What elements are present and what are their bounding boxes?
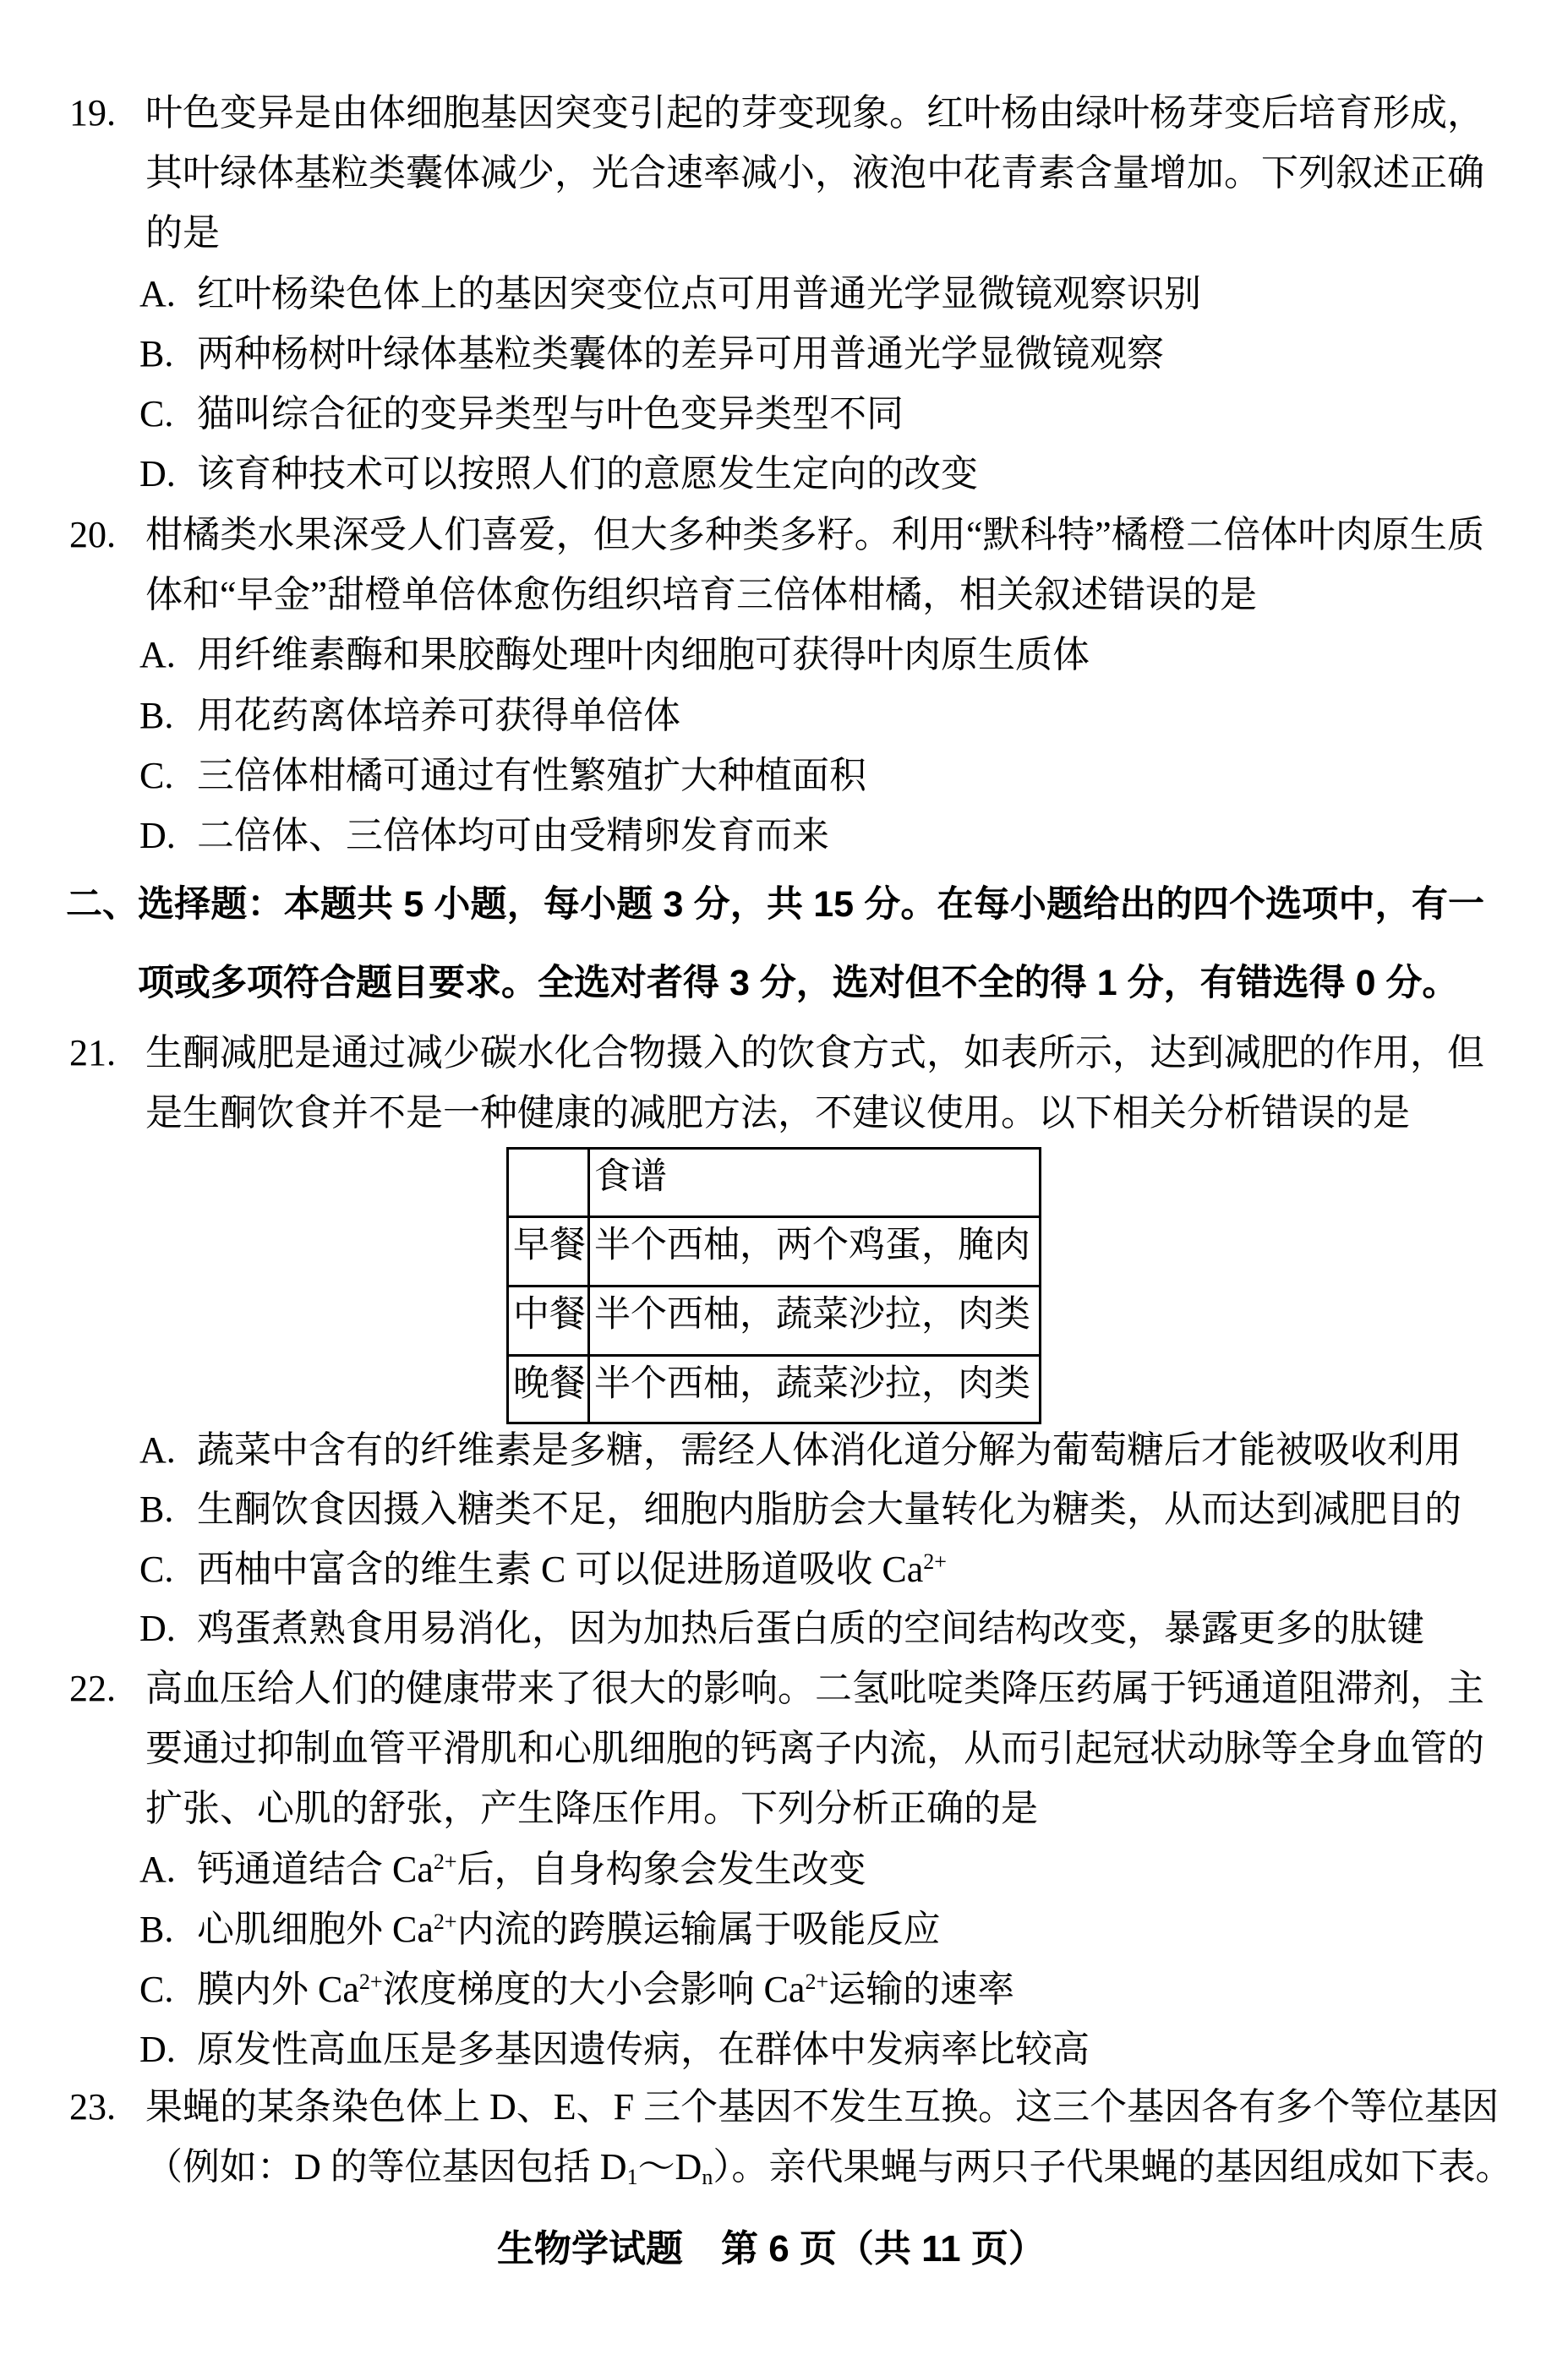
option-text: 二倍体、三倍体均可由受精卵发育而来 — [197, 806, 829, 866]
page-footer: 生物学试题 第 6 页（共 11 页） — [0, 2219, 1568, 2280]
question-text-part: （例如：D 的等位基因包括 D — [145, 2146, 627, 2188]
diet-table: 食谱 早餐 半个西柚，两个鸡蛋，腌肉 中餐 半个西柚，蔬菜沙拉，肉类 晚餐 半个… — [506, 1147, 1041, 1424]
option-text: 该育种技术可以按照人们的意愿发生定向的改变 — [197, 444, 978, 504]
option-c: C. 三倍体柑橘可通过有性繁殖扩大种植面积 — [0, 746, 1568, 806]
option-text: 心肌细胞外 Ca2+内流的跨膜运输属于吸能反应 — [197, 1899, 941, 1959]
option-text-part: 心肌细胞外 Ca — [197, 1909, 434, 1950]
section-heading: 二、 选择题：本题共 5 小题，每小题 3 分，共 15 分。在每小题给出的四个… — [0, 866, 1568, 1023]
option-label: B. — [139, 1899, 173, 1959]
option-b: B. 两种杨树叶绿体基粒类囊体的差异可用普通光学显微镜观察 — [0, 324, 1568, 384]
ion-charge: 2+ — [805, 1969, 828, 1994]
option-text: 两种杨树叶绿体基粒类囊体的差异可用普通光学显微镜观察 — [197, 324, 1164, 384]
option-a: A. 红叶杨染色体上的基因突变位点可用普通光学显微镜观察识别 — [0, 264, 1568, 324]
option-text-part: 钙通道结合 Ca — [197, 1849, 434, 1890]
question-stem-line: 20. 柑橘类水果深受人们喜爱，但大多种类多籽。利用“默科特”橘橙二倍体叶肉原生… — [0, 505, 1568, 565]
option-label: D. — [139, 806, 176, 866]
question-19: 19. 叶色变异是由体细胞基因突变引起的芽变现象。红叶杨由绿叶杨芽变后培育形成，… — [0, 83, 1568, 504]
question-stem-line: 21. 生酮减肥是通过减少碳水化合物摄入的饮食方式，如表所示，达到减肥的作用，但 — [0, 1023, 1568, 1083]
option-label: B. — [139, 1480, 173, 1540]
option-label: D. — [139, 2019, 176, 2079]
option-text-part: 西柚中富含的维生素 C 可以促进肠道吸收 Ca — [197, 1549, 923, 1590]
recipe-cell: 半个西柚，蔬菜沙拉，肉类 — [590, 1357, 1039, 1422]
question-text: 要通过抑制血管平滑肌和心肌细胞的钙离子内流，从而引起冠状动脉等全身血管的 — [145, 1718, 1484, 1778]
question-number: 22. — [69, 1658, 116, 1718]
option-label: C. — [139, 1959, 173, 2019]
option-text: 红叶杨染色体上的基因突变位点可用普通光学显微镜观察识别 — [197, 264, 1201, 324]
question-text: （例如：D 的等位基因包括 D1～Dn）。亲代果蝇与两只子代果蝇的基因组成如下表… — [145, 2137, 1484, 2197]
question-stem-line: 22. 高血压给人们的健康带来了很大的影响。二氢吡啶类降压药属于钙通道阻滞剂，主 — [0, 1658, 1568, 1718]
question-text-part: ）。亲代果蝇与两只子代果蝇的基因组成如下表。 — [713, 2146, 1512, 2188]
meal-cell: 晚餐 — [509, 1357, 590, 1422]
question-text: 的是 — [145, 203, 1484, 263]
option-label: B. — [139, 324, 173, 384]
option-text: 膜内外 Ca2+浓度梯度的大小会影响 Ca2+运输的速率 — [197, 1959, 1014, 2019]
footer-subject: 生物学试题 — [497, 2219, 683, 2280]
question-stem-line: （例如：D 的等位基因包括 D1～Dn）。亲代果蝇与两只子代果蝇的基因组成如下表… — [0, 2137, 1568, 2197]
table-header-cell — [509, 1150, 590, 1216]
allele-subscript: n — [702, 2165, 713, 2189]
option-label: C. — [139, 746, 173, 806]
option-text-part: 内流的跨膜运输属于吸能反应 — [457, 1909, 941, 1950]
option-label: A. — [139, 625, 176, 685]
table-header-row: 食谱 — [509, 1150, 1039, 1218]
option-d: D. 原发性高血压是多基因遗传病，在群体中发病率比较高 — [0, 2019, 1568, 2079]
question-text: 柑橘类水果深受人们喜爱，但大多种类多籽。利用“默科特”橘橙二倍体叶肉原生质 — [145, 505, 1484, 565]
recipe-cell: 半个西柚，两个鸡蛋，腌肉 — [590, 1218, 1039, 1285]
option-label: A. — [139, 1421, 176, 1481]
option-label: B. — [139, 686, 173, 746]
option-a: A. 钙通道结合 Ca2+后，自身构象会发生改变 — [0, 1839, 1568, 1899]
question-number: 21. — [69, 1023, 116, 1083]
option-text: 三倍体柑橘可通过有性繁殖扩大种植面积 — [197, 746, 866, 806]
option-text: 生酮饮食因摄入糖类不足，细胞内脂肪会大量转化为糖类，从而达到减肥目的 — [197, 1480, 1461, 1540]
option-text: 鸡蛋煮熟食用易消化，因为加热后蛋白质的空间结构改变，暴露更多的肽键 — [197, 1599, 1424, 1659]
question-text: 体和“早金”甜橙单倍体愈伤组织培育三倍体柑橘，相关叙述错误的是 — [145, 565, 1484, 625]
option-text-part: 后，自身构象会发生改变 — [457, 1849, 866, 1890]
section-heading-line: 项或多项符合题目要求。全选对者得 3 分，选对但不全的得 1 分，有错选得 0 … — [0, 944, 1568, 1023]
option-b: B. 用花药离体培养可获得单倍体 — [0, 686, 1568, 746]
option-label: A. — [139, 1839, 176, 1899]
ion-charge: 2+ — [434, 1849, 457, 1874]
question-text: 是生酮饮食并不是一种健康的减肥方法，不建议使用。以下相关分析错误的是 — [145, 1083, 1484, 1143]
question-text: 扩张、心肌的舒张，产生降压作用。下列分析正确的是 — [145, 1778, 1484, 1838]
option-text: 猫叫综合征的变异类型与叶色变异类型不同 — [197, 384, 904, 444]
option-d: D. 该育种技术可以按照人们的意愿发生定向的改变 — [0, 444, 1568, 504]
question-stem-line: 是生酮饮食并不是一种健康的减肥方法，不建议使用。以下相关分析错误的是 — [0, 1083, 1568, 1143]
option-c: C. 猫叫综合征的变异类型与叶色变异类型不同 — [0, 384, 1568, 444]
question-stem-line: 23. 果蝇的某条染色体上 D、E、F 三个基因不发生互换。这三个基因各有多个等… — [0, 2077, 1568, 2137]
option-text-part: 浓度梯度的大小会影响 Ca — [383, 1969, 806, 2010]
question-text: 高血压给人们的健康带来了很大的影响。二氢吡啶类降压药属于钙通道阻滞剂，主 — [145, 1658, 1484, 1718]
allele-subscript: 1 — [627, 2165, 638, 2189]
option-text: 用纤维素酶和果胶酶处理叶肉细胞可获得叶肉原生质体 — [197, 625, 1090, 685]
option-d: D. 二倍体、三倍体均可由受精卵发育而来 — [0, 806, 1568, 866]
section-instructions: 选择题：本题共 5 小题，每小题 3 分，共 15 分。在每小题给出的四个选项中… — [138, 866, 1484, 944]
question-stem-line: 体和“早金”甜橙单倍体愈伤组织培育三倍体柑橘，相关叙述错误的是 — [0, 565, 1568, 625]
question-stem-line: 要通过抑制血管平滑肌和心肌细胞的钙离子内流，从而引起冠状动脉等全身血管的 — [0, 1718, 1568, 1778]
question-22: 22. 高血压给人们的健康带来了很大的影响。二氢吡啶类降压药属于钙通道阻滞剂，主… — [0, 1658, 1568, 2079]
question-number: 20. — [69, 505, 116, 565]
question-stem-line: 的是 — [0, 203, 1568, 263]
question-text: 其叶绿体基粒类囊体减少，光合速率减小，液泡中花青素含量增加。下列叙述正确 — [145, 143, 1484, 203]
meal-cell: 中餐 — [509, 1287, 590, 1354]
option-a: A. 用纤维素酶和果胶酶处理叶肉细胞可获得叶肉原生质体 — [0, 625, 1568, 685]
ion-charge: 2+ — [359, 1969, 383, 1994]
option-text-part: 膜内外 Ca — [197, 1969, 359, 2010]
options-list: A. 蔬菜中含有的纤维素是多糖，需经人体消化道分解为葡萄糖后才能被吸收利用 B.… — [0, 1421, 1568, 1659]
question-number: 23. — [69, 2077, 116, 2137]
option-text: 钙通道结合 Ca2+后，自身构象会发生改变 — [197, 1839, 866, 1899]
question-20: 20. 柑橘类水果深受人们喜爱，但大多种类多籽。利用“默科特”橘橙二倍体叶肉原生… — [0, 505, 1568, 866]
exam-page: 19. 叶色变异是由体细胞基因突变引起的芽变现象。红叶杨由绿叶杨芽变后培育形成，… — [0, 0, 1568, 2360]
option-text: 蔬菜中含有的纤维素是多糖，需经人体消化道分解为葡萄糖后才能被吸收利用 — [197, 1421, 1461, 1481]
option-text: 原发性高血压是多基因遗传病，在群体中发病率比较高 — [197, 2019, 1090, 2079]
table-row: 中餐 半个西柚，蔬菜沙拉，肉类 — [509, 1287, 1039, 1357]
ion-charge: 2+ — [923, 1549, 947, 1574]
question-23: 23. 果蝇的某条染色体上 D、E、F 三个基因不发生互换。这三个基因各有多个等… — [0, 2077, 1568, 2197]
option-label: D. — [139, 444, 176, 504]
option-text: 用花药离体培养可获得单倍体 — [197, 686, 680, 746]
question-21: 21. 生酮减肥是通过减少碳水化合物摄入的饮食方式，如表所示，达到减肥的作用，但… — [0, 1023, 1568, 1659]
section-heading-line: 二、 选择题：本题共 5 小题，每小题 3 分，共 15 分。在每小题给出的四个… — [0, 866, 1568, 944]
section-number: 二、 — [66, 866, 139, 944]
option-d: D. 鸡蛋煮熟食用易消化，因为加热后蛋白质的空间结构改变，暴露更多的肽键 — [0, 1599, 1568, 1659]
ion-charge: 2+ — [434, 1909, 457, 1934]
table-row: 晚餐 半个西柚，蔬菜沙拉，肉类 — [509, 1357, 1039, 1422]
question-stem-line: 19. 叶色变异是由体细胞基因突变引起的芽变现象。红叶杨由绿叶杨芽变后培育形成， — [0, 83, 1568, 143]
option-text: 西柚中富含的维生素 C 可以促进肠道吸收 Ca2+ — [197, 1540, 947, 1600]
table-header-cell: 食谱 — [590, 1150, 1039, 1216]
option-label: D. — [139, 1599, 176, 1659]
option-label: C. — [139, 384, 173, 444]
option-c: C. 膜内外 Ca2+浓度梯度的大小会影响 Ca2+运输的速率 — [0, 1959, 1568, 2019]
question-text: 叶色变异是由体细胞基因突变引起的芽变现象。红叶杨由绿叶杨芽变后培育形成， — [145, 83, 1484, 143]
recipe-cell: 半个西柚，蔬菜沙拉，肉类 — [590, 1287, 1039, 1354]
question-text: 生酮减肥是通过减少碳水化合物摄入的饮食方式，如表所示，达到减肥的作用，但 — [145, 1023, 1484, 1083]
option-b: B. 心肌细胞外 Ca2+内流的跨膜运输属于吸能反应 — [0, 1899, 1568, 1959]
meal-cell: 早餐 — [509, 1218, 590, 1285]
option-label: A. — [139, 264, 176, 324]
option-label: C. — [139, 1540, 173, 1600]
option-text-part: 运输的速率 — [828, 1969, 1014, 2010]
question-number: 19. — [69, 83, 116, 143]
option-c: C. 西柚中富含的维生素 C 可以促进肠道吸收 Ca2+ — [0, 1540, 1568, 1600]
option-b: B. 生酮饮食因摄入糖类不足，细胞内脂肪会大量转化为糖类，从而达到减肥目的 — [0, 1480, 1568, 1540]
section-instructions: 项或多项符合题目要求。全选对者得 3 分，选对但不全的得 1 分，有错选得 0 … — [138, 944, 1484, 1023]
footer-page-number: 第 6 页（共 11 页） — [721, 2219, 1046, 2280]
question-stem-line: 扩张、心肌的舒张，产生降压作用。下列分析正确的是 — [0, 1778, 1568, 1838]
option-a: A. 蔬菜中含有的纤维素是多糖，需经人体消化道分解为葡萄糖后才能被吸收利用 — [0, 1421, 1568, 1481]
table-row: 早餐 半个西柚，两个鸡蛋，腌肉 — [509, 1218, 1039, 1287]
question-stem-line: 其叶绿体基粒类囊体减少，光合速率减小，液泡中花青素含量增加。下列叙述正确 — [0, 143, 1568, 203]
question-text-part: ～D — [638, 2146, 702, 2188]
question-text: 果蝇的某条染色体上 D、E、F 三个基因不发生互换。这三个基因各有多个等位基因 — [145, 2077, 1484, 2137]
